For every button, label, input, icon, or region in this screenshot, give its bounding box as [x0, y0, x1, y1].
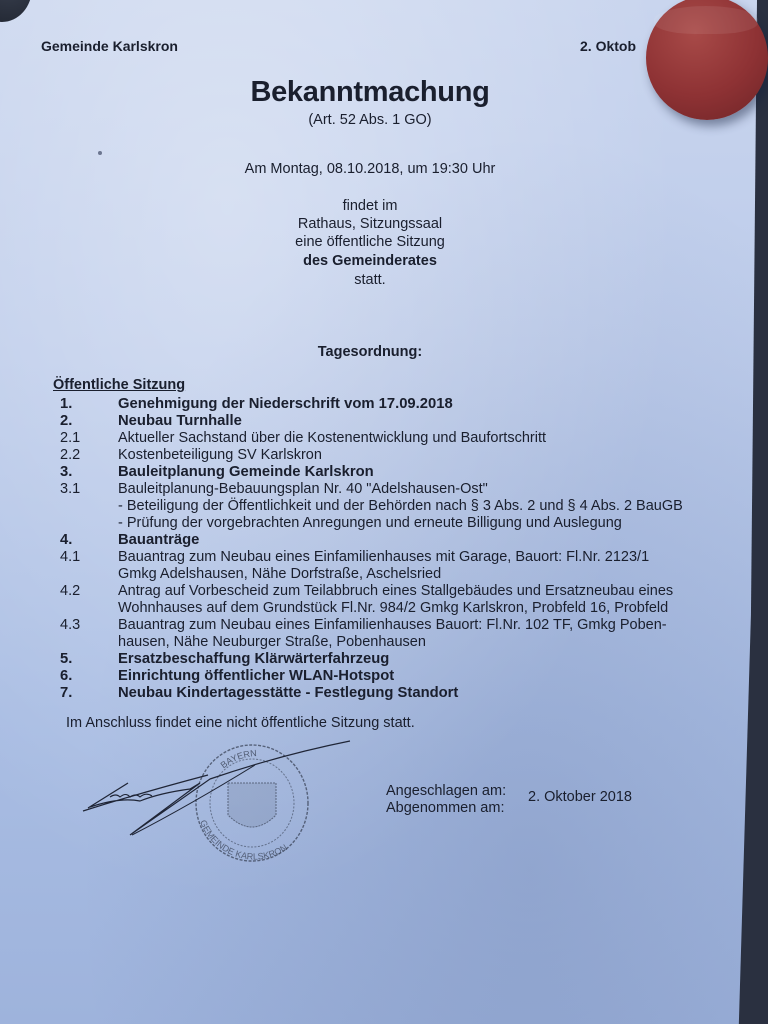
agenda-item-text: Ersatzbeschaffung Klärwärterfahrzeug — [118, 651, 720, 668]
intro-line-3: eine öffentliche Sitzung — [0, 234, 740, 250]
agenda-item-continuation: Wohnhauses auf dem Grundstück Fl.Nr. 984… — [60, 600, 720, 617]
agenda-item-text: Bauantrag zum Neubau eines Einfamilienha… — [118, 549, 720, 566]
municipality-name: Gemeinde Karlskron — [41, 38, 178, 54]
agenda-item-number: 2.2 — [60, 447, 118, 464]
agenda-item-continuation: - Beteiligung der Öffentlichkeit und der… — [60, 498, 720, 515]
intro-line-4: des Gemeinderates — [0, 253, 740, 269]
agenda-item-continuation: - Prüfung der vorgebrachten Anregungen u… — [60, 515, 720, 532]
agenda-item-text: - Prüfung der vorgebrachten Anregungen u… — [118, 515, 720, 532]
agenda-item-number — [60, 566, 118, 583]
agenda-item-number: 7. — [60, 685, 118, 702]
agenda-item-number — [60, 515, 118, 532]
agenda-item-number: 4. — [60, 532, 118, 549]
notice-title: Bekanntmachung — [0, 76, 740, 109]
agenda-item-number: 6. — [60, 668, 118, 685]
agenda-item-text: Bauleitplanung Gemeinde Karlskron — [118, 464, 720, 481]
agenda-item: 4.2Antrag auf Vorbescheid zum Teilabbruc… — [60, 583, 720, 600]
agenda-item-text: Aktueller Sachstand über die Kostenentwi… — [118, 430, 720, 447]
agenda-item-text: Bauleitplanung-Bebauungsplan Nr. 40 "Ade… — [118, 481, 720, 498]
agenda-item-text: Bauanträge — [118, 532, 720, 549]
intro-line-2: Rathaus, Sitzungssaal — [0, 216, 740, 232]
official-stamp-icon: BAYERN GEMEINDE KARLSKRON — [80, 735, 380, 865]
agenda-item-number: 2. — [60, 413, 118, 430]
legal-basis: (Art. 52 Abs. 1 GO) — [0, 112, 740, 128]
removed-label: Abgenommen am: — [386, 800, 506, 817]
agenda-item-number: 5. — [60, 651, 118, 668]
agenda-item-text: Wohnhauses auf dem Grundstück Fl.Nr. 984… — [118, 600, 720, 617]
agenda-item-text: Gmkg Adelshausen, Nähe Dorfstraße, Asche… — [118, 566, 720, 583]
intro-line-5: statt. — [0, 272, 740, 288]
agenda-item: 2.1Aktueller Sachstand über die Kostenen… — [60, 430, 720, 447]
agenda-item: 2.2Kostenbeteiligung SV Karlskron — [60, 447, 720, 464]
agenda-item-text: - Beteiligung der Öffentlichkeit und der… — [118, 498, 720, 515]
posted-label: Angeschlagen am: — [386, 783, 506, 800]
agenda-list: 1.Genehmigung der Niederschrift vom 17.0… — [60, 396, 720, 702]
agenda-item: 1.Genehmigung der Niederschrift vom 17.0… — [60, 396, 720, 413]
agenda-item-text: hausen, Nähe Neuburger Straße, Pobenhaus… — [118, 634, 720, 651]
agenda-item-text: Antrag auf Vorbescheid zum Teilabbruch e… — [118, 583, 720, 600]
agenda-item: 2.Neubau Turnhalle — [60, 413, 720, 430]
agenda-heading: Tagesordnung: — [0, 344, 740, 360]
agenda-item: 5.Ersatzbeschaffung Klärwärterfahrzeug — [60, 651, 720, 668]
posted-date: 2. Oktober 2018 — [528, 789, 632, 805]
agenda-item-number — [60, 634, 118, 651]
agenda-item: 3.Bauleitplanung Gemeinde Karlskron — [60, 464, 720, 481]
agenda-item-text: Bauantrag zum Neubau eines Einfamilienha… — [118, 617, 720, 634]
agenda-item-text: Neubau Turnhalle — [118, 413, 720, 430]
agenda-item-continuation: Gmkg Adelshausen, Nähe Dorfstraße, Asche… — [60, 566, 720, 583]
agenda-item-text: Einrichtung öffentlicher WLAN-Hotspot — [118, 668, 720, 685]
agenda-item: 4.3Bauantrag zum Neubau eines Einfamilie… — [60, 617, 720, 634]
agenda-item-number — [60, 498, 118, 515]
intro-line-1: findet im — [0, 198, 740, 214]
meeting-date-line: Am Montag, 08.10.2018, um 19:30 Uhr — [0, 161, 740, 177]
agenda-item-number: 4.1 — [60, 549, 118, 566]
agenda-item-text: Neubau Kindertagesstätte - Festlegung St… — [118, 685, 720, 702]
agenda-item-number: 4.3 — [60, 617, 118, 634]
agenda-item: 3.1Bauleitplanung-Bebauungsplan Nr. 40 "… — [60, 481, 720, 498]
agenda-item: 4.1Bauantrag zum Neubau eines Einfamilie… — [60, 549, 720, 566]
agenda-item-number: 2.1 — [60, 430, 118, 447]
paper-speck — [98, 151, 102, 155]
agenda-item-number: 3. — [60, 464, 118, 481]
signature-and-stamp: BAYERN GEMEINDE KARLSKRON — [80, 735, 380, 865]
agenda-item-number: 3.1 — [60, 481, 118, 498]
posting-labels: Angeschlagen am: Abgenommen am: — [386, 783, 506, 817]
agenda-item-number: 1. — [60, 396, 118, 413]
agenda-item-number: 4.2 — [60, 583, 118, 600]
agenda-item: 4.Bauanträge — [60, 532, 720, 549]
agenda-item-text: Kostenbeteiligung SV Karlskron — [118, 447, 720, 464]
agenda-item-text: Genehmigung der Niederschrift vom 17.09.… — [118, 396, 720, 413]
agenda-item: 6.Einrichtung öffentlicher WLAN-Hotspot — [60, 668, 720, 685]
header-date: 2. Oktob — [580, 38, 636, 54]
agenda-item: 7.Neubau Kindertagesstätte - Festlegung … — [60, 685, 720, 702]
agenda-item-continuation: hausen, Nähe Neuburger Straße, Pobenhaus… — [60, 634, 720, 651]
agenda-item-number — [60, 600, 118, 617]
closing-note: Im Anschluss findet eine nicht öffentlic… — [66, 715, 415, 731]
public-session-heading: Öffentliche Sitzung — [53, 377, 185, 393]
